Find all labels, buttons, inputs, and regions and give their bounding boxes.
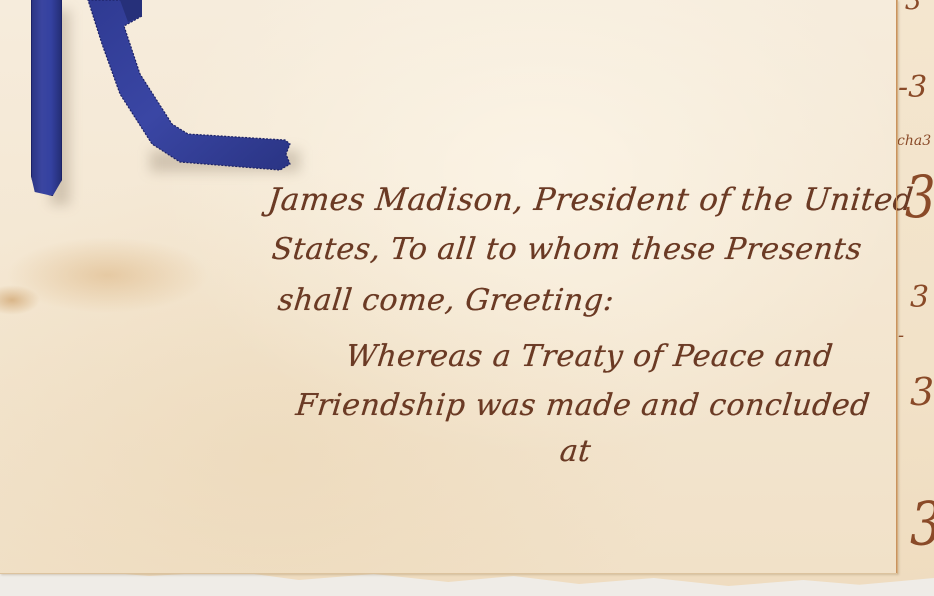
margin-mark-top: 3 [905,0,922,16]
blue-ribbon-right [80,0,300,179]
margin-mark-6: 3 [910,370,934,414]
margin-mark-7: 3 [910,489,934,559]
page-edge-line [896,0,897,573]
text-line-4: Whereas a Treaty of Peace and [344,339,835,374]
margin-mark-2: cha3 [897,133,931,149]
stain [0,285,40,315]
margin-mark-4: 3 [910,280,929,315]
document-photo: 3 -3 cha3 3 3 - 3 3 James Madison, Presi… [0,0,934,596]
margin-mark-5: - [898,325,904,346]
text-line-2: States, To all to whom these Presents [270,232,864,267]
blue-ribbon-left [31,0,62,196]
margin-mark-1: -3 [898,70,927,105]
parchment-page: James Madison, President of the United S… [0,0,898,574]
text-line-1: James Madison, President of the United [266,182,915,218]
text-line-5: Friendship was made and concluded [294,388,872,423]
text-line-3: shall come, Greeting: [276,283,616,318]
text-line-6: at [558,434,593,469]
